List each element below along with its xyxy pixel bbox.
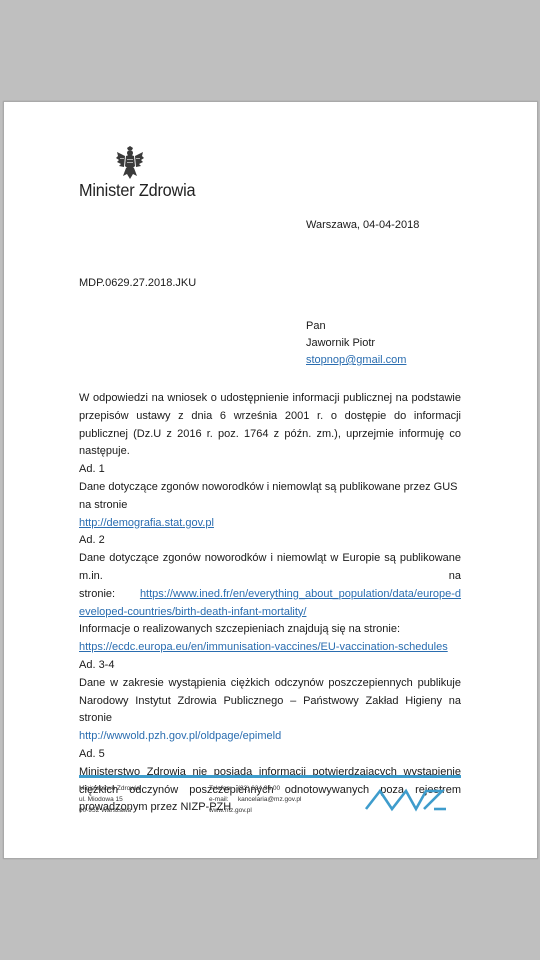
footer-website[interactable]: www.mz.gov.pl bbox=[209, 805, 301, 816]
section-text: Informacje o realizowanych szczepieniach… bbox=[79, 621, 461, 639]
recipient-name: Jawornik Piotr bbox=[306, 335, 406, 352]
footer-address-line: 00-952 Warszawa bbox=[79, 805, 140, 816]
section-heading: Ad. 5 bbox=[79, 746, 461, 764]
section-heading: Ad. 1 bbox=[79, 461, 461, 479]
recipient-email-link[interactable]: stopnop@gmail.com bbox=[306, 354, 406, 366]
section-text: Dane w zakresie wystąpienia ciężkich odc… bbox=[79, 675, 461, 728]
recipient-block: Pan Jawornik Piotr stopnop@gmail.com bbox=[306, 318, 406, 369]
ecdc-link[interactable]: https://ecdc.europa.eu/en/immunisation-v… bbox=[79, 641, 448, 653]
section-text: Dane dotyczące zgonów noworodków i niemo… bbox=[79, 479, 461, 515]
email-label: e-mail: bbox=[209, 794, 236, 805]
footer-address: Ministerstwo Zdrowia ul. Miodowa 15 00-9… bbox=[79, 783, 140, 816]
section-text: Dane dotyczące zgonów noworodków i niemo… bbox=[79, 550, 461, 586]
recipient-salutation: Pan bbox=[306, 318, 406, 335]
footer-divider bbox=[79, 775, 461, 778]
gus-demografia-link[interactable]: http://demografia.stat.gov.pl bbox=[79, 517, 214, 529]
footer-email[interactable]: kancelaria@mz.gov.pl bbox=[238, 796, 302, 803]
section-heading: Ad. 2 bbox=[79, 532, 461, 550]
mz-logo-icon bbox=[362, 783, 450, 813]
footer-address-line: ul. Miodowa 15 bbox=[79, 794, 140, 805]
section-text-prefix: stronie: bbox=[79, 588, 115, 600]
footer-address-line: Ministerstwo Zdrowia bbox=[79, 783, 140, 794]
date-line: Warszawa, 04-04-2018 bbox=[306, 219, 419, 231]
intro-paragraph: W odpowiedzi na wniosek o udostępnienie … bbox=[79, 390, 461, 461]
letter-body: W odpowiedzi na wniosek o udostępnienie … bbox=[79, 390, 461, 817]
letterhead-title: Minister Zdrowia bbox=[79, 180, 195, 201]
footer-contact: Telefon: (22) 634 96 00 e-mail: kancelar… bbox=[209, 783, 301, 816]
phone-label: Telefon: bbox=[209, 783, 236, 794]
ined-link[interactable]: https://www.ined.fr/en/everything_about_… bbox=[79, 588, 461, 618]
polish-eagle-emblem-icon bbox=[115, 146, 145, 180]
phone-value: (22) 634 96 00 bbox=[238, 785, 280, 792]
section-text-with-link: stronie: https://www.ined.fr/en/everythi… bbox=[79, 586, 461, 622]
section-heading: Ad. 3-4 bbox=[79, 657, 461, 675]
reference-number: MDP.0629.27.2018.JKU bbox=[79, 277, 196, 289]
pzh-epimeld-link[interactable]: http://wwwold.pzh.gov.pl/oldpage/epimeld bbox=[79, 730, 281, 742]
